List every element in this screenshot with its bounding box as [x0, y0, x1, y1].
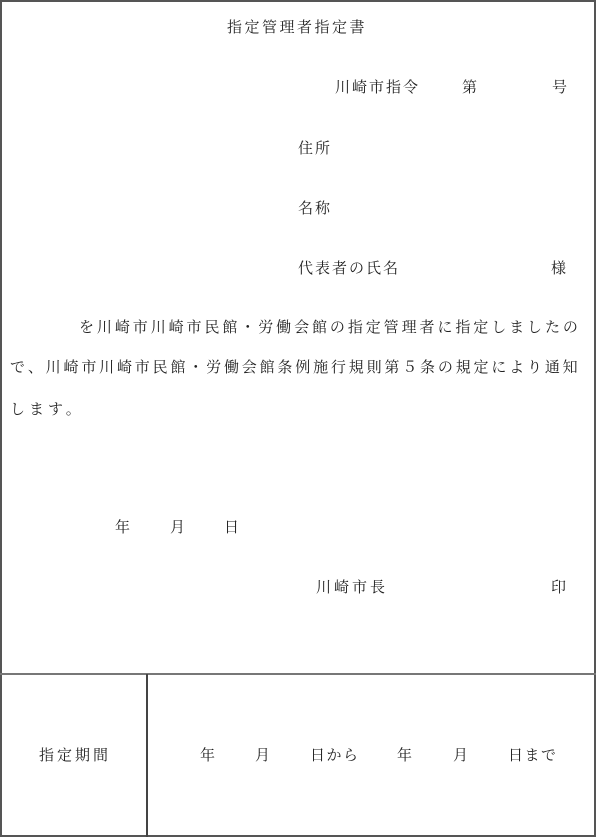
body-char: 崎: [115, 317, 130, 337]
body-char: 労: [258, 317, 273, 337]
body-char: 指: [348, 317, 363, 337]
body-char: 第: [384, 357, 399, 377]
body-char: 条: [420, 357, 435, 377]
body-char: に: [491, 357, 506, 377]
body-text-line-3: します。: [10, 399, 578, 419]
body-char: ま: [509, 317, 524, 337]
order-number-dai: 第: [462, 77, 477, 97]
body-char: り: [527, 357, 542, 377]
body-char: 民: [204, 317, 219, 337]
body-text-line-2: で、川崎市川崎市民館・労働会館条例施行規則第５条の規定により通知: [10, 357, 578, 377]
body-char: 館: [260, 357, 275, 377]
body-char: 管: [384, 317, 399, 337]
body-char: で: [10, 357, 25, 377]
table-column-divider: [146, 674, 148, 837]
period-to-year: 年: [397, 745, 412, 765]
body-char: 崎: [117, 357, 132, 377]
issue-date-day: 日: [224, 517, 239, 537]
name-label: 名称: [298, 198, 332, 218]
period-from-year: 年: [200, 745, 215, 765]
body-char: の: [563, 317, 578, 337]
body-char: し: [491, 317, 506, 337]
body-char: 通: [545, 357, 560, 377]
issuer-title: 川崎市長: [316, 577, 388, 597]
body-char: 則: [367, 357, 382, 377]
table-top-border: [0, 673, 596, 675]
body-char: ・: [188, 357, 203, 377]
body-char: 理: [402, 317, 417, 337]
body-char: 会: [294, 317, 309, 337]
body-char: 定: [474, 357, 489, 377]
issue-date-year: 年: [115, 517, 130, 537]
body-char: 行: [331, 357, 346, 377]
body-char: に: [437, 317, 452, 337]
document-title: 指定管理者指定書: [227, 17, 367, 37]
body-char: 館: [312, 317, 327, 337]
body-char: 者: [420, 317, 435, 337]
period-from-month: 月: [255, 745, 270, 765]
body-char: よ: [509, 357, 524, 377]
body-char: 定: [473, 317, 488, 337]
body-char: 働: [276, 317, 291, 337]
body-char: 川: [99, 357, 114, 377]
body-char: し: [527, 317, 542, 337]
body-char: 市: [81, 357, 96, 377]
body-char: 指: [455, 317, 470, 337]
body-char: 川: [46, 357, 61, 377]
body-text-line-1: を川崎市川崎市民館・労働会館の指定管理者に指定しましたの: [79, 317, 578, 337]
period-to-month: 月: [453, 745, 468, 765]
body-char: 崎: [169, 317, 184, 337]
body-char: ・: [240, 317, 255, 337]
address-label: 住所: [298, 138, 332, 158]
period-label: 指定期間: [39, 745, 111, 765]
body-char: 会: [242, 357, 257, 377]
body-char: の: [330, 317, 345, 337]
body-char: を: [79, 317, 94, 337]
body-char: 働: [224, 357, 239, 377]
order-number-go: 号: [552, 77, 567, 97]
body-char: 規: [349, 357, 364, 377]
body-char: 例: [295, 357, 310, 377]
body-char: 崎: [63, 357, 78, 377]
body-char: た: [545, 317, 560, 337]
body-char: 条: [277, 357, 292, 377]
body-char: 川: [151, 317, 166, 337]
honorific-sama: 様: [551, 258, 566, 278]
body-char: 市: [187, 317, 202, 337]
body-char: ５: [402, 357, 417, 377]
period-to-day: 日まで: [508, 745, 558, 765]
body-char: 施: [313, 357, 328, 377]
body-char: 知: [563, 357, 578, 377]
body-char: 川: [97, 317, 112, 337]
body-char: 定: [366, 317, 381, 337]
seal-mark: 印: [551, 577, 566, 597]
body-char: 規: [456, 357, 471, 377]
body-char: 市: [135, 357, 150, 377]
body-char: 労: [206, 357, 221, 377]
body-char: 館: [222, 317, 237, 337]
body-char: 市: [133, 317, 148, 337]
representative-label: 代表者の氏名: [298, 258, 400, 278]
body-char: 館: [170, 357, 185, 377]
body-char: 民: [153, 357, 168, 377]
order-number-prefix: 川崎市指令: [335, 77, 420, 97]
period-from-day: 日から: [310, 745, 360, 765]
body-char: 、: [28, 357, 43, 377]
body-char: の: [438, 357, 453, 377]
issue-date-month: 月: [170, 517, 185, 537]
